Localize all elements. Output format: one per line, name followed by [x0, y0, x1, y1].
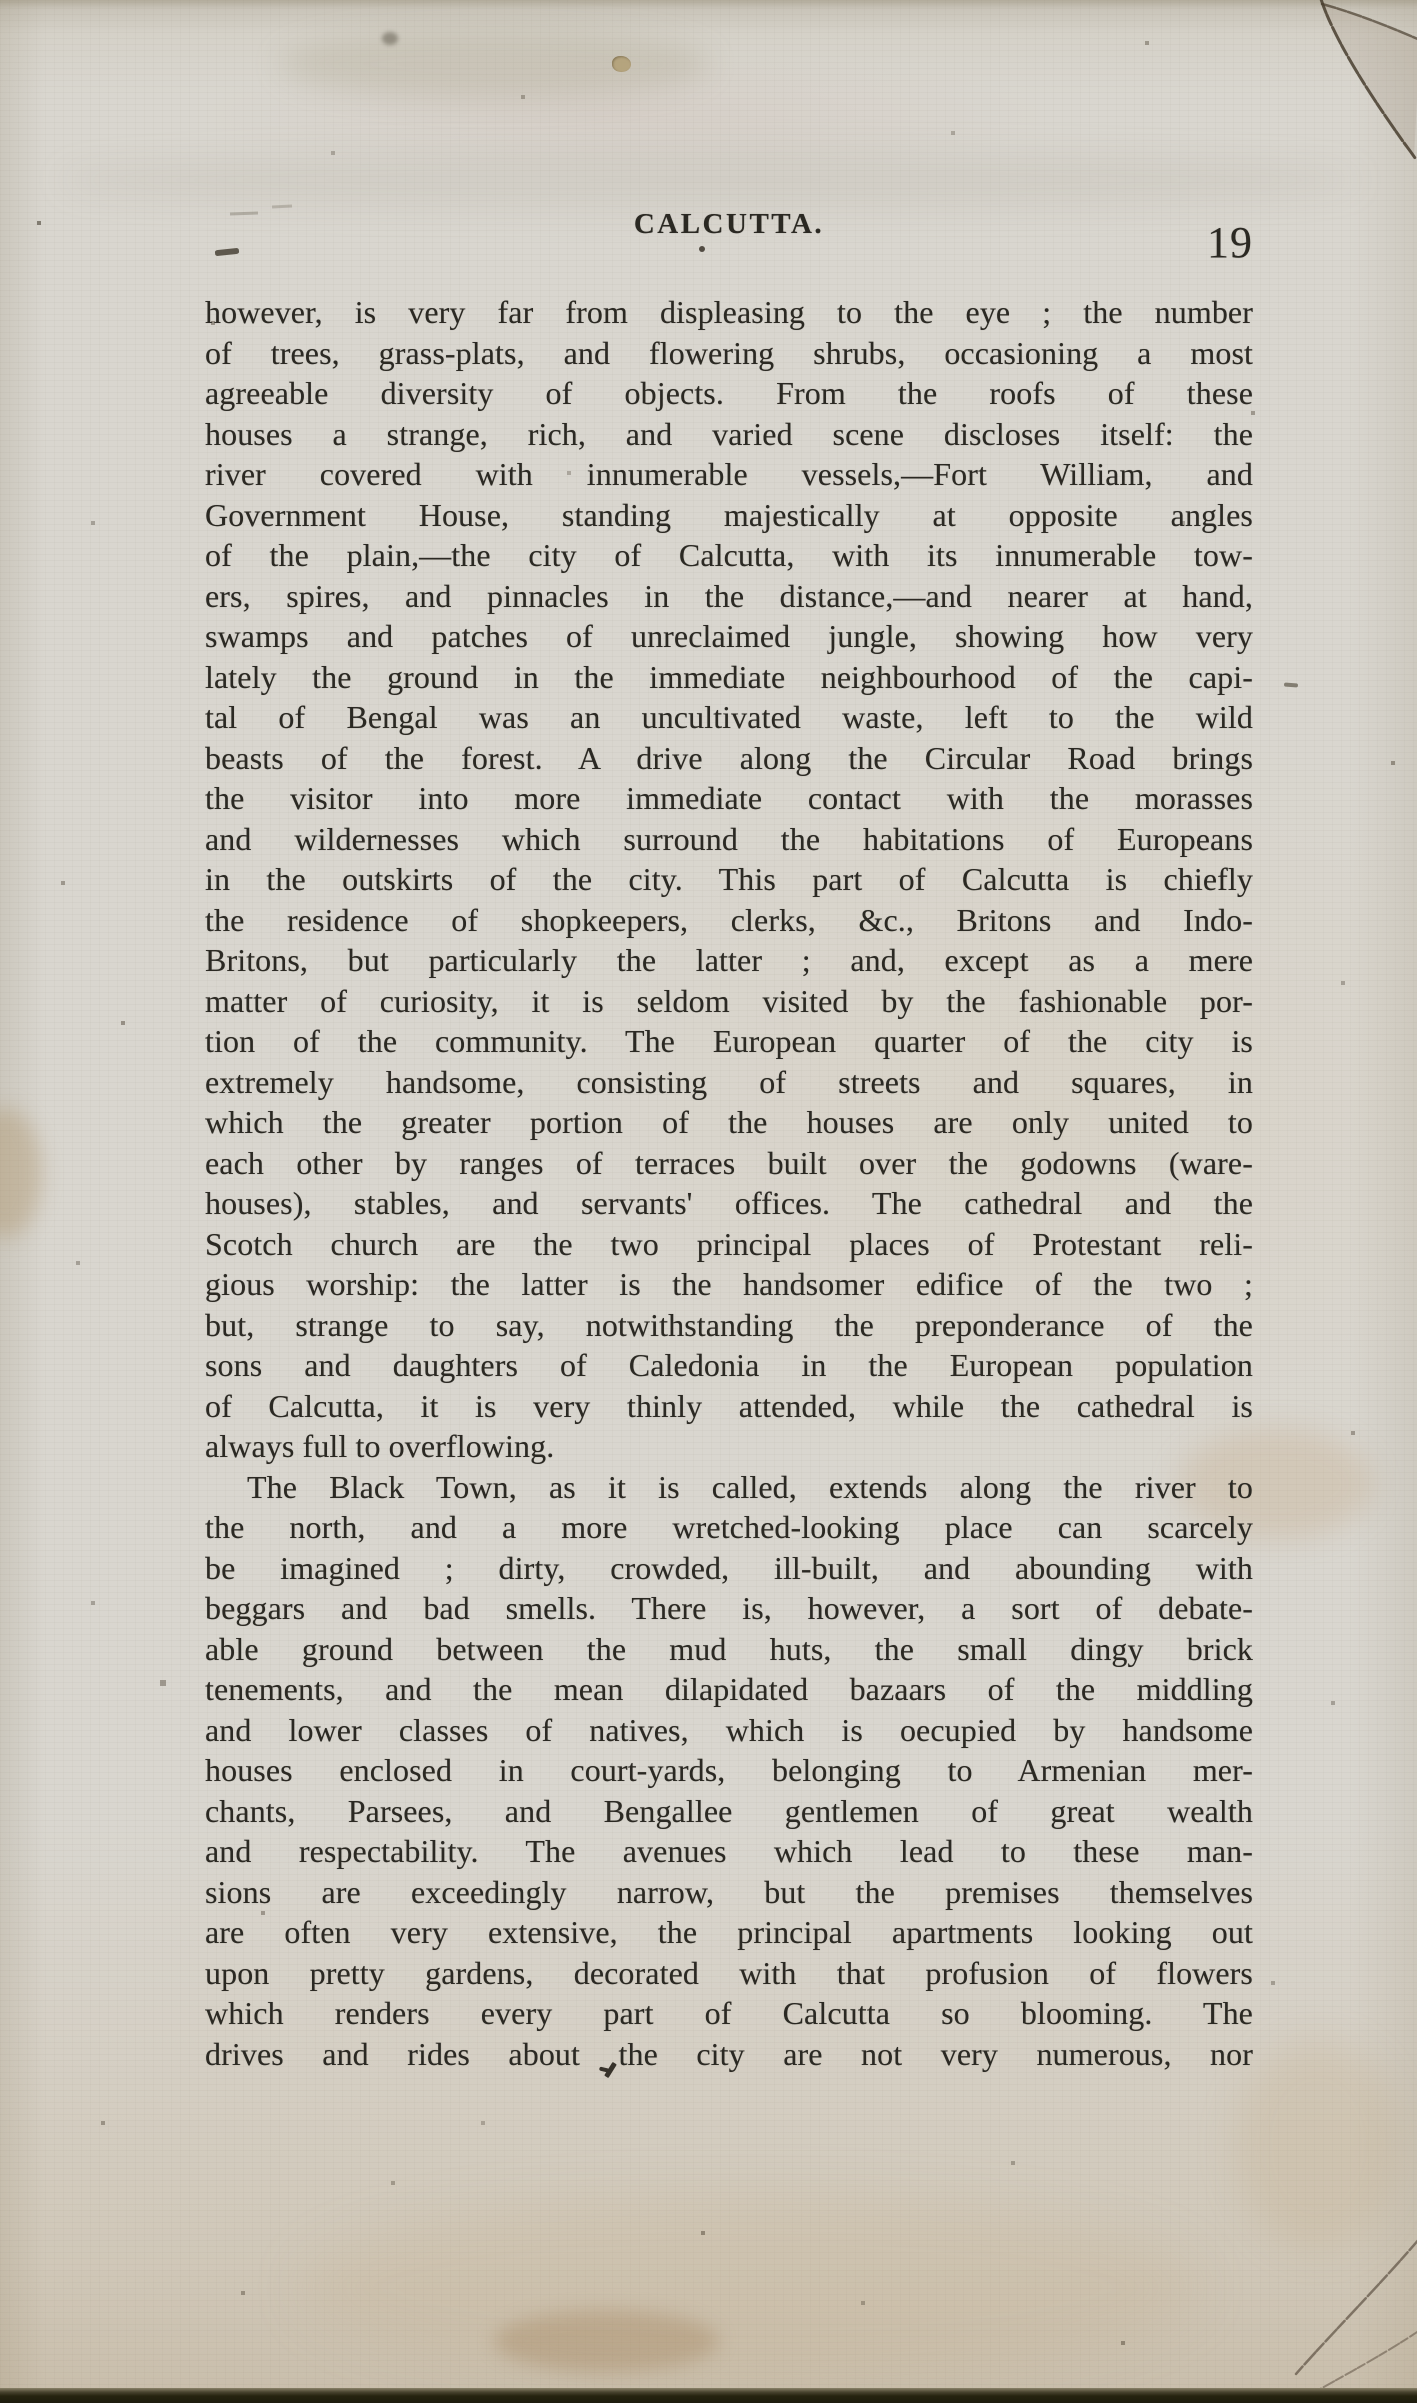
smudge-mark: [382, 32, 398, 45]
text-line: and respectability. The avenues which le…: [205, 1831, 1253, 1872]
text-line: Britons, but particularly the latter ; a…: [205, 940, 1253, 981]
text-line: tal of Bengal was an uncultivated waste,…: [205, 697, 1253, 738]
text-line: beggars and bad smells. There is, howeve…: [205, 1588, 1253, 1629]
text-line: lately the ground in the immediate neigh…: [205, 657, 1253, 698]
photo-bottom-edge: [0, 2388, 1417, 2403]
running-head-title: CALCUTTA.: [205, 210, 1253, 239]
text-line: the north, and a more wretched-looking p…: [205, 1507, 1253, 1548]
text-line: extremely handsome, consisting of street…: [205, 1062, 1253, 1103]
text-line: and wildernesses which surround the habi…: [205, 819, 1253, 860]
stray-ink-dot: [699, 246, 705, 252]
text-line: matter of curiosity, it is seldom visite…: [205, 981, 1253, 1022]
text-line: beasts of the forest. A drive along the …: [205, 738, 1253, 779]
text-line: sions are exceedingly narrow, but the pr…: [205, 1872, 1253, 1913]
text-line: river covered with innumerable vessels,—…: [205, 454, 1253, 495]
text-line: are often very extensive, the principal …: [205, 1912, 1253, 1953]
text-line: tion of the community. The European quar…: [205, 1021, 1253, 1062]
paper-stain: [0, 1108, 42, 1238]
text-line: able ground between the mud huts, the sm…: [205, 1629, 1253, 1670]
text-line: and lower classes of natives, which is o…: [205, 1710, 1253, 1751]
ink-squiggle-mark: [215, 248, 239, 256]
text-line: in the outskirts of the city. This part …: [205, 859, 1253, 900]
ghost-ink-dash: [272, 204, 292, 208]
paper-stain: [60, 150, 1360, 210]
text-line: houses a strange, rich, and varied scene…: [205, 414, 1253, 455]
text-block: however, is very far from displeasing to…: [205, 292, 1253, 2074]
page-number: 19: [1207, 221, 1253, 265]
text-line: chants, Parsees, and Bengallee gentlemen…: [205, 1791, 1253, 1832]
text-line: each other by ranges of terraces built o…: [205, 1143, 1253, 1184]
text-line: tenements, and the mean dilapidated baza…: [205, 1669, 1253, 1710]
text-line: of Calcutta, it is very thinly attended,…: [205, 1386, 1253, 1427]
scanned-page: CALCUTTA. 19 however, is very far from d…: [0, 0, 1417, 2403]
text-line: but, strange to say, notwithstanding the…: [205, 1305, 1253, 1346]
text-line: always full to overflowing.: [205, 1426, 1253, 1467]
text-line: the visitor into more immediate contact …: [205, 778, 1253, 819]
paper-stain: [494, 2310, 719, 2372]
paper-stain: [300, 2195, 1200, 2380]
text-line: however, is very far from displeasing to…: [205, 292, 1253, 333]
text-line: gious worship: the latter is the handsom…: [205, 1264, 1253, 1305]
dirt-specks: [0, 0, 2, 2]
text-line: upon pretty gardens, decorated with that…: [205, 1953, 1253, 1994]
text-line: Government House, standing majestically …: [205, 495, 1253, 536]
text-line: which renders every part of Calcutta so …: [205, 1993, 1253, 2034]
text-line: drives and rides about the city are not …: [205, 2034, 1253, 2075]
text-line: houses), stables, and servants' offices.…: [205, 1183, 1253, 1224]
paper-stain: [280, 28, 710, 100]
text-line: Scotch church are the two principal plac…: [205, 1224, 1253, 1265]
text-line: of the plain,—the city of Calcutta, with…: [205, 535, 1253, 576]
text-line: swamps and patches of unreclaimed jungle…: [205, 616, 1253, 657]
text-line: of trees, grass-plats, and flowering shr…: [205, 333, 1253, 374]
text-line: houses enclosed in court-yards, belongin…: [205, 1750, 1253, 1791]
text-line: agreeable diversity of objects. From the…: [205, 373, 1253, 414]
text-line: The Black Town, as it is called, extends…: [205, 1467, 1253, 1508]
text-line: sons and daughters of Caledonia in the E…: [205, 1345, 1253, 1386]
margin-dash-mark: [1284, 683, 1298, 688]
paper-stain: [1235, 2040, 1400, 2250]
paper-chip-mark: [612, 56, 631, 72]
text-line: the residence of shopkeepers, clerks, &c…: [205, 900, 1253, 941]
text-line: be imagined ; dirty, crowded, ill-built,…: [205, 1548, 1253, 1589]
text-line: which the greater portion of the houses …: [205, 1102, 1253, 1143]
text-line: ers, spires, and pinnacles in the distan…: [205, 576, 1253, 617]
